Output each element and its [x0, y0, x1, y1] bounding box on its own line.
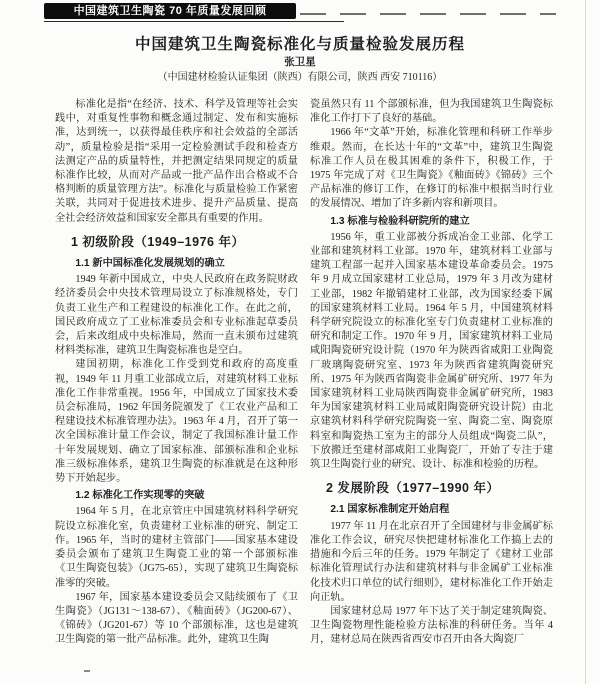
section-1-2-heading: 1.2 标准化工作实现零的突破	[55, 489, 298, 503]
running-head-text: 中国建筑卫生陶瓷 70 年质量发展回顾	[74, 5, 267, 17]
left-column: 标准化是指“在经济、技术、科学及管理等社会实践中，对重复性事物和概念通过制定、发…	[55, 98, 298, 684]
page-edge-shadow	[585, 0, 586, 684]
paragraph-1967: 1967 年，国家基本建设委员会又陆续颁布了《卫生陶瓷》（JG131～138-6…	[55, 591, 298, 648]
paragraph-1977-task: 国家建材总局 1977 年下达了关于制定建筑陶瓷、卫生陶瓷物理性能检验方法标准的…	[310, 605, 553, 648]
section-2-heading: 2 发展阶段（1977–1990 年）	[326, 481, 553, 495]
paragraph-1977-meeting: 1977 年 11 月在北京召开了全国建材与非金属矿标准化工作会议，研究尽快把建…	[310, 520, 553, 605]
paragraph-wenge: 1966 年“文革”开始，标准化管理和科研工作举步维艰。然而，在长达十年的“文革…	[310, 126, 553, 211]
author-name: 张卫星	[0, 54, 600, 69]
section-1-1-heading: 1.1 新中国标准化发展规划的确立	[55, 257, 298, 271]
author-affiliation: （中国建材检验认证集团（陕西）有限公司，陕西 西安 710116）	[0, 68, 600, 83]
right-column: 瓷虽然只有 11 个部颁标准，但为我国建筑卫生陶瓷标准化工作打下了良好的基础。 …	[310, 98, 553, 684]
scanned-page: 中国建筑卫生陶瓷 70 年质量发展回顾 中国建筑卫生陶瓷标准化与质量检验发展历程…	[0, 0, 600, 684]
header-rule-solid	[44, 21, 344, 22]
two-column-body: 标准化是指“在经济、技术、科学及管理等社会实践中，对重复性事物和概念通过制定、发…	[55, 98, 553, 684]
paragraph-institutes: 1956 年，重工业部被分拆成冶金工业部、化学工业部和建筑材料工业部。1970 …	[310, 231, 553, 472]
running-head-banner: 中国建筑卫生陶瓷 70 年质量发展回顾	[44, 3, 296, 19]
page-title: 中国建筑卫生陶瓷标准化与质量检验发展历程	[0, 32, 600, 54]
scan-artifact-mark	[84, 670, 90, 672]
paragraph-1949: 1949 年新中国成立，中央人民政府在政务院财政经济委员会中央技术管理局设立了标…	[55, 273, 298, 358]
section-1-3-heading: 1.3 标准与检验科研院所的建立	[310, 215, 553, 229]
section-2-1-heading: 2.1 国家标准制定开始启程	[310, 503, 553, 517]
paragraph-continuation: 瓷虽然只有 11 个部颁标准，但为我国建筑卫生陶瓷标准化工作打下了良好的基础。	[310, 98, 553, 126]
intro-paragraph: 标准化是指“在经济、技术、科学及管理等社会实践中，对重复性事物和概念通过制定、发…	[55, 98, 298, 226]
paragraph-jianguo: 建国初期，标准化工作受到党和政府的高度重视，1949 年 11 月重工业部成立后…	[55, 358, 298, 486]
paragraph-1964: 1964 年 5 月，在北京管庄中国建筑材料科学研究院设立标准化室，负责建材工业…	[55, 505, 298, 590]
section-1-heading: 1 初级阶段（1949–1976 年）	[71, 235, 298, 249]
header-rule-dashed	[300, 13, 556, 15]
